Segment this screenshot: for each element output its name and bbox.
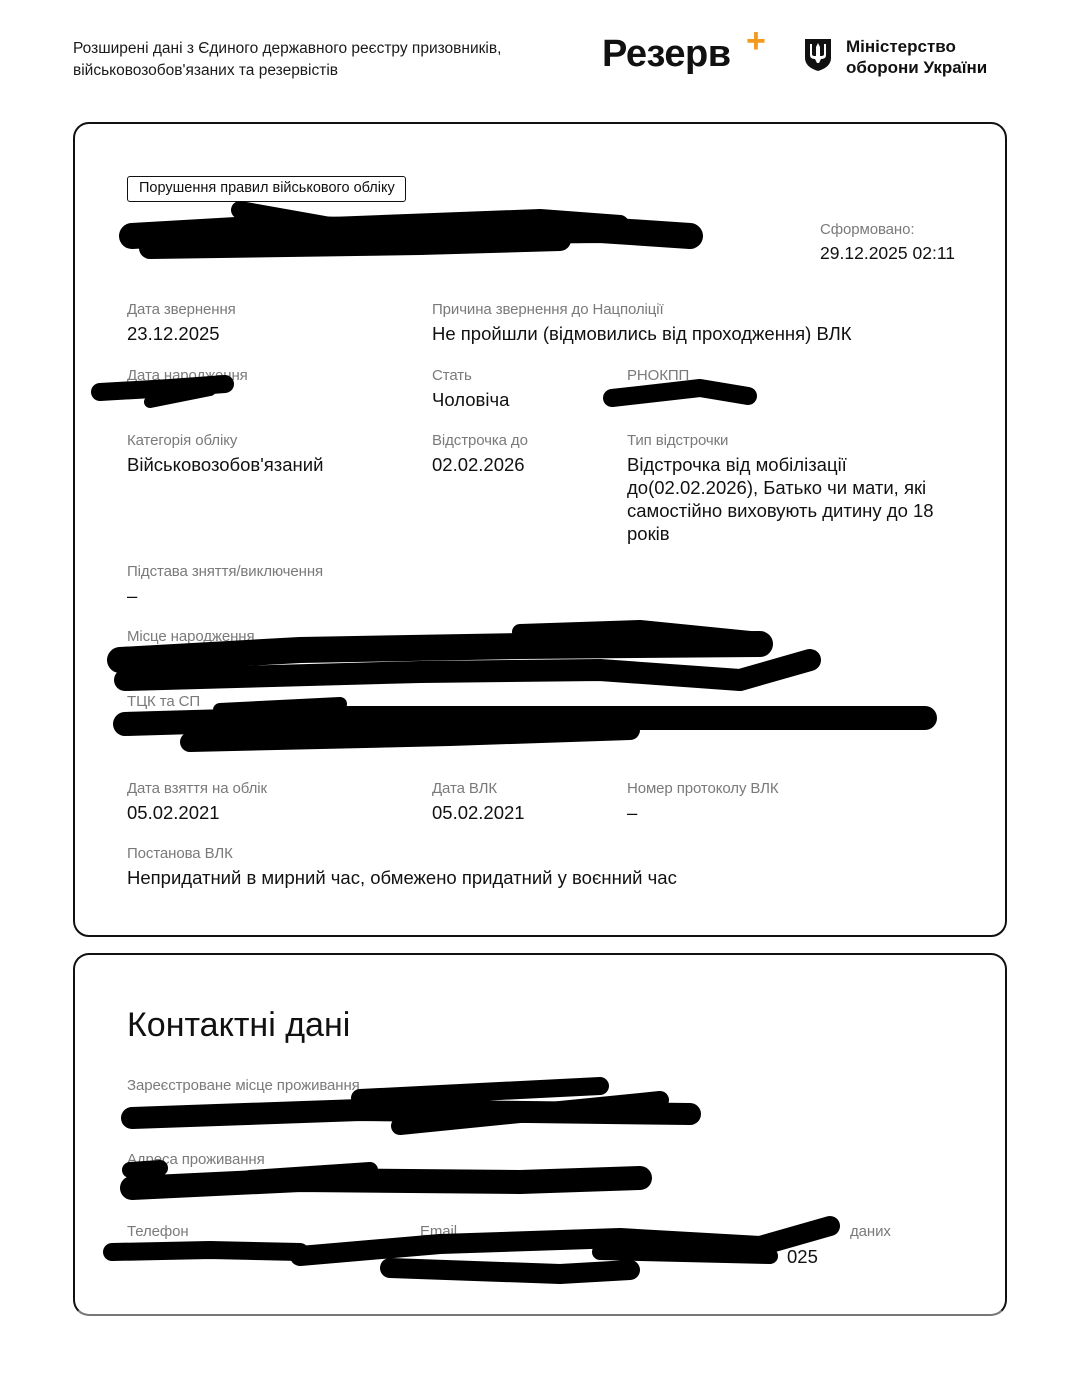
field-label: Телефон xyxy=(127,1222,189,1241)
field-phone: Телефон xyxy=(127,1222,189,1241)
field-label: Зареєстроване місце проживання xyxy=(127,1076,360,1095)
field-label: Дата народження xyxy=(127,366,248,385)
ministry-line-1: Міністерство xyxy=(846,36,987,57)
trident-shield-icon xyxy=(804,38,832,72)
field-label: Дата звернення xyxy=(127,300,236,319)
field-vlk-date: Дата ВЛК 05.02.2021 xyxy=(432,779,525,824)
field-deferral-until: Відстрочка до 02.02.2026 xyxy=(432,431,528,476)
violation-badge: Порушення правил військового обліку xyxy=(127,176,406,202)
registry-record-card: Порушення правил військового обліку Сфор… xyxy=(73,122,1007,937)
field-sex: Стать Чоловіча xyxy=(432,366,509,411)
field-request-date: Дата звернення 23.12.2025 xyxy=(127,300,236,345)
reserve-plus-logo: Резерв xyxy=(602,32,731,76)
field-value: 02.02.2026 xyxy=(432,453,528,476)
field-value: – xyxy=(627,801,779,824)
contacts-card: Контактні дані Зареєстроване місце прожи… xyxy=(73,953,1007,1316)
page-header: Розширені дані з Єдиного державного реєс… xyxy=(0,0,1079,110)
field-update-date-label-tail: даних xyxy=(850,1222,891,1241)
field-label: Причина звернення до Нацполіції xyxy=(432,300,852,319)
field-birth-place: Місце народження xyxy=(127,627,254,646)
field-label: ТЦК та СП xyxy=(127,692,200,711)
field-value: Не пройшли (відмовились від проходження)… xyxy=(432,322,852,345)
ministry-line-2: оборони України xyxy=(846,57,987,78)
field-label: Дата ВЛК xyxy=(432,779,525,798)
subtitle-line-2: військовозобов'язаних та резервістів xyxy=(73,60,593,82)
field-value: Військовозобов'язаний xyxy=(127,453,323,476)
field-value: Непридатний в мирний час, обмежено прида… xyxy=(127,866,677,889)
field-label: Відстрочка до xyxy=(432,431,528,450)
contacts-title: Контактні дані xyxy=(127,1005,350,1045)
ministry-name: Міністерство оборони України xyxy=(846,36,987,78)
field-vlk-protocol: Номер протоколу ВЛК – xyxy=(627,779,779,824)
field-registration-date: Дата взяття на облік 05.02.2021 xyxy=(127,779,267,824)
field-deferral-type: Тип відстрочки Відстрочка від мобілізаці… xyxy=(627,431,957,545)
field-police-reason: Причина звернення до Нацполіції Не пройш… xyxy=(432,300,852,345)
generated-timestamp: Сформовано: 29.12.2025 02:11 xyxy=(820,220,955,265)
field-birth-date: Дата народження xyxy=(127,366,248,385)
field-label: Категорія обліку xyxy=(127,431,323,450)
field-value: 05.02.2021 xyxy=(432,801,525,824)
field-label: Адреса проживання xyxy=(127,1150,265,1169)
field-label: РНОКПП xyxy=(627,366,689,385)
generated-value: 29.12.2025 02:11 xyxy=(820,242,955,265)
field-vlk-decision: Постанова ВЛК Непридатний в мирний час, … xyxy=(127,844,677,889)
field-value: Відстрочка від мобілізації до(02.02.2026… xyxy=(627,453,957,545)
field-category: Категорія обліку Військовозобов'язаний xyxy=(127,431,323,476)
field-tcc: ТЦК та СП xyxy=(127,692,200,711)
field-registered-address: Зареєстроване місце проживання xyxy=(127,1076,360,1095)
subtitle-line-1: Розширені дані з Єдиного державного реєс… xyxy=(73,38,593,60)
field-label: Постанова ВЛК xyxy=(127,844,677,863)
field-value: 025 xyxy=(783,1245,818,1268)
field-label: Тип відстрочки xyxy=(627,431,957,450)
field-value: 05.02.2021 xyxy=(127,801,267,824)
field-email: Email xyxy=(420,1222,457,1241)
field-tax-id: РНОКПП xyxy=(627,366,689,385)
field-label: Дата взяття на облік xyxy=(127,779,267,798)
field-label: даних xyxy=(850,1222,891,1241)
field-label: Стать xyxy=(432,366,509,385)
field-value: 23.12.2025 xyxy=(127,322,236,345)
field-actual-address: Адреса проживання xyxy=(127,1150,265,1169)
registry-subtitle: Розширені дані з Єдиного державного реєс… xyxy=(73,38,593,82)
field-label: Номер протоколу ВЛК xyxy=(627,779,779,798)
field-label: Email xyxy=(420,1222,457,1241)
field-value: Чоловіча xyxy=(432,388,509,411)
field-removal-basis: Підстава зняття/виключення – xyxy=(127,562,323,607)
field-label: Місце народження xyxy=(127,627,254,646)
field-value: – xyxy=(127,584,323,607)
generated-label: Сформовано: xyxy=(820,220,955,239)
field-update-date-value-fragment: 025 xyxy=(783,1242,818,1268)
plus-icon: + xyxy=(746,24,766,58)
field-label: Підстава зняття/виключення xyxy=(127,562,323,581)
